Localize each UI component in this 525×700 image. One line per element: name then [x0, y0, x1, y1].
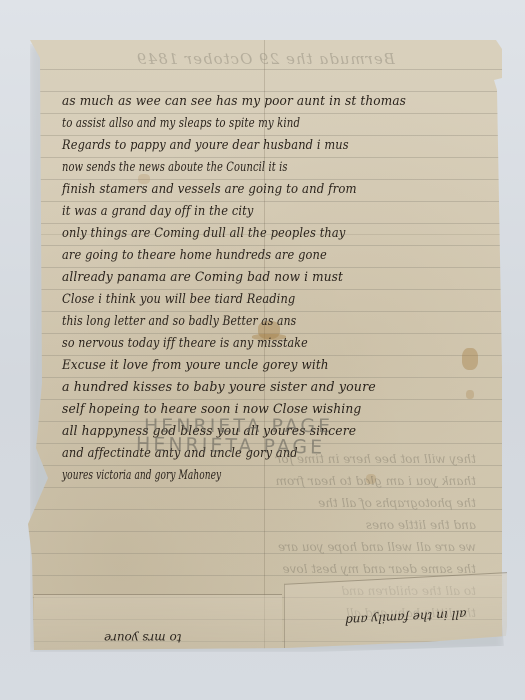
letter-line: as much as wee can see has my poor aunt …: [62, 91, 466, 113]
letter-line: so nervous today iff theare is any misst…: [62, 333, 432, 355]
bleed-line: and the little ones: [76, 514, 476, 536]
bleed-line: we are all well and hope you are: [76, 536, 476, 558]
bottom-fold-flap-left: to mrs youre: [34, 594, 282, 651]
flap-text-left: to mrs youre: [104, 631, 182, 645]
letter-line: Close i think you will bee tiard Reading: [62, 289, 442, 311]
letter-line: it was a grand day off in the city: [62, 201, 442, 223]
letter-line: to assist allso and my sleaps to spite m…: [62, 113, 402, 135]
letter-line: Regards to pappy and youre dear husband …: [62, 135, 442, 157]
letter-line: now sends the news aboute the Council it…: [62, 157, 392, 179]
faded-header: Bermuda the 29 October 1849: [136, 50, 395, 68]
bleed-line: they will not bee here in time for: [76, 448, 476, 470]
letter-line: only things are Coming dull all the peop…: [62, 223, 442, 245]
letter-line: this long letter and so badly Better as …: [62, 311, 422, 333]
bleed-line: thank you i am glad to hear from: [76, 470, 476, 492]
letter-line: are going to theare home hundreds are go…: [62, 245, 442, 267]
letter-line: allready panama are Coming bad now i mus…: [62, 267, 466, 289]
letter-line: Excuse it love from youre uncle gorey wi…: [62, 355, 462, 377]
letter-page: Bermuda the 29 October 1849 as much as w…: [26, 38, 502, 650]
bleed-line: the photographs of all the: [76, 492, 476, 514]
letter-line: finish stamers and vessels are going to …: [62, 179, 452, 201]
flap-text-right: all in the family and: [345, 607, 466, 627]
photo-scene: Bermuda the 29 October 1849 as much as w…: [0, 0, 525, 700]
letter-line: a hundred kisses to baby youre sister an…: [62, 377, 482, 399]
